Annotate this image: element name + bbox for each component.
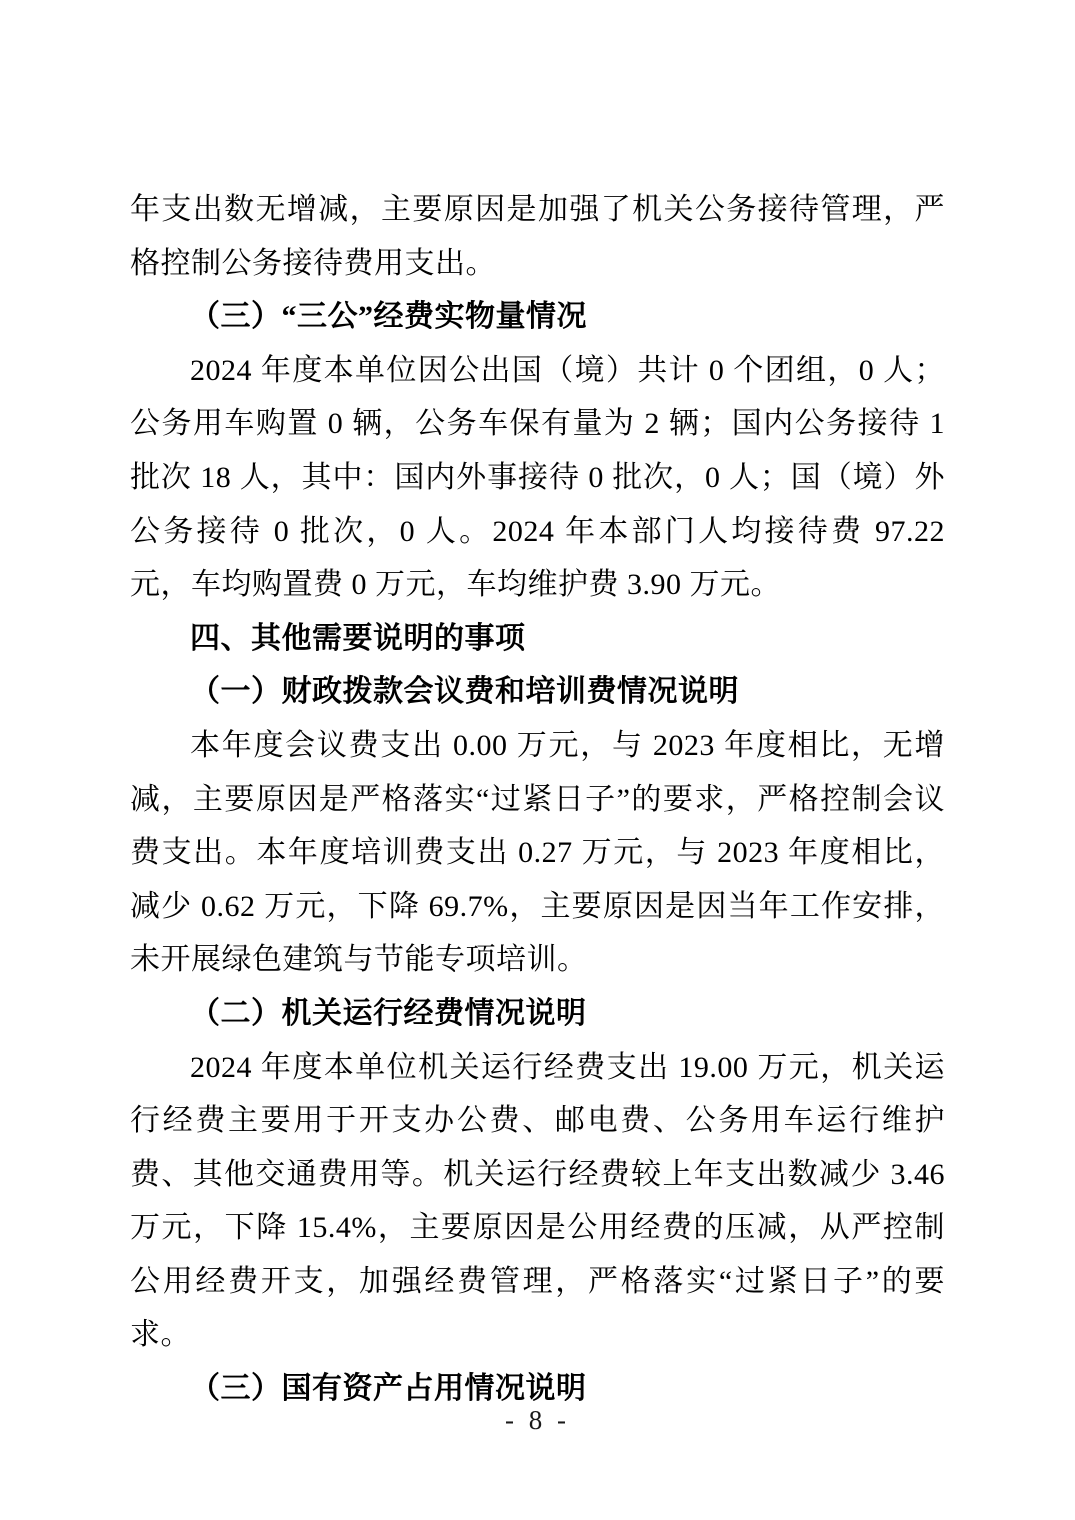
heading-three-public-physical-quantity: （三）“三公”经费实物量情况: [130, 290, 945, 344]
heading-agency-operating-expense: （二）机关运行经费情况说明: [130, 987, 945, 1041]
document-page-8: { "page": { "number_label": "- 8 -", "ba…: [0, 0, 1075, 1520]
paragraph-agency-operating-expense: 2024 年度本单位机关运行经费支出 19.00 万元，机关运行经费主要用于开支…: [130, 1041, 945, 1363]
paragraph-reception-expense-continuation: 年支出数无增减，主要原因是加强了机关公务接待管理，严格控制公务接待费用支出。: [130, 183, 945, 290]
paragraph-three-public-physical-quantity: 2024 年度本单位因公出国（境）共计 0 个团组，0 人；公务用车购置 0 辆…: [130, 344, 945, 612]
heading-section-four-other-matters: 四、其他需要说明的事项: [130, 612, 945, 666]
paragraph-meeting-training-fee: 本年度会议费支出 0.00 万元，与 2023 年度相比，无增减，主要原因是严格…: [130, 719, 945, 987]
document-body: 年支出数无增减，主要原因是加强了机关公务接待管理，严格控制公务接待费用支出。（三…: [130, 183, 945, 1416]
heading-meeting-training-fee: （一）财政拨款会议费和培训费情况说明: [130, 665, 945, 719]
page-number: - 8 -: [0, 1400, 1075, 1440]
